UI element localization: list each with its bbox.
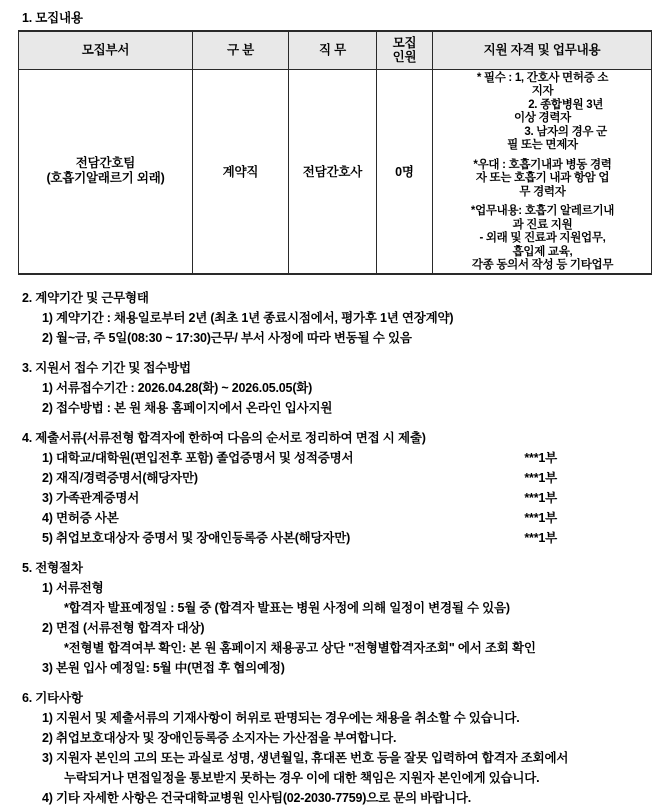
misc-line-continuation: 누락되거나 면접일정을 통보받지 못하는 경우 이에 대한 책임은 지원자 본인… xyxy=(64,768,668,788)
document-count: ***1부 xyxy=(524,468,557,488)
col-header-department: 모집부서 xyxy=(19,31,193,69)
section-process: 5. 전형절차 1) 서류전형 *합격자 발표예정일 : 5월 중 (합격자 발… xyxy=(0,558,668,678)
section-title-application: 3. 지원서 접수 기간 및 접수방법 xyxy=(22,358,668,378)
section-contract: 2. 계약기간 및 근무형태 1) 계약기간 : 채용일로부터 2년 (최초 1… xyxy=(0,288,668,348)
document-count: ***1부 xyxy=(524,448,557,468)
recruitment-table-row: 전담간호팀 (호흡기알래르기 외래) 계약직 전담간호사 0명 * 필수 : 1… xyxy=(19,69,652,274)
section-title-documents: 4. 제출서류(서류전형 합격자에 한하여 다음의 순서로 정리하여 면접 시 … xyxy=(22,428,668,448)
document-label: 2) 재직/경력증명서(해당자만) xyxy=(42,468,198,488)
document-label: 4) 면허증 사본 xyxy=(42,508,119,528)
document-item: 5) 취업보호대상자 증명서 및 장애인등록증 사본(해당자만) ***1부 xyxy=(42,528,557,548)
document-count: ***1부 xyxy=(524,508,557,528)
cell-department: 전담간호팀 (호흡기알래르기 외래) xyxy=(19,69,193,274)
section-title-process: 5. 전형절차 xyxy=(22,558,668,578)
qualification-line: 이상 경력자 xyxy=(437,112,648,126)
qualification-line: 3. 남자의 경우 군 xyxy=(437,126,648,140)
qualification-line: 무 경력자 xyxy=(437,186,648,200)
document-count: ***1부 xyxy=(524,528,557,548)
col-header-category: 구 분 xyxy=(193,31,289,69)
misc-line: 3) 지원자 본인의 고의 또는 과실로 성명, 생년월일, 휴대폰 번호 등을… xyxy=(42,748,668,768)
misc-line: 2) 취업보호대상자 및 장애인등록증 소지자는 가산점을 부여합니다. xyxy=(42,728,668,748)
section-title-contract: 2. 계약기간 및 근무형태 xyxy=(22,288,668,308)
process-line: 3) 본원 입사 예정일: 5월 中(면접 후 협의예정) xyxy=(42,658,668,678)
section-misc: 6. 기타사항 1) 지원서 및 제출서류의 기재사항이 허위로 판명되는 경우… xyxy=(0,688,668,808)
document-item: 2) 재직/경력증명서(해당자만) ***1부 xyxy=(42,468,557,488)
department-clinic: (호흡기알래르기 외래) xyxy=(19,171,192,186)
document-page: 1. 모집내용 모집부서 구 분 직 무 모집 인원 지원 자격 및 업무내용 … xyxy=(0,0,668,808)
process-line: 1) 서류전형 xyxy=(42,578,668,598)
qualification-line: 2. 종합병원 3년 xyxy=(437,99,648,113)
contract-item: 2) 월~금, 주 5일(08:30 ~ 17:30)근무/ 부서 사정에 따라… xyxy=(42,328,668,348)
section-title-misc: 6. 기타사항 xyxy=(22,688,668,708)
qualification-line: - 외래 및 진료과 지원업무, xyxy=(437,232,648,246)
document-item: 4) 면허증 사본 ***1부 xyxy=(42,508,557,528)
document-item: 3) 가족관계증명서 ***1부 xyxy=(42,488,557,508)
process-line: 2) 면접 (서류전형 합격자 대상) xyxy=(42,618,668,638)
cell-category: 계약직 xyxy=(193,69,289,274)
contract-item: 1) 계약기간 : 채용일로부터 2년 (최초 1년 종료시점에서, 평가후 1… xyxy=(42,308,668,328)
qualification-line: * 필수 : 1, 간호사 면허증 소 xyxy=(437,72,648,86)
recruitment-table: 모집부서 구 분 직 무 모집 인원 지원 자격 및 업무내용 전담간호팀 (호… xyxy=(18,30,652,275)
document-label: 5) 취업보호대상자 증명서 및 장애인등록증 사본(해당자만) xyxy=(42,528,350,548)
document-item: 1) 대학교/대학원(편입전후 포함) 졸업증명서 및 성적증명서 ***1부 xyxy=(42,448,557,468)
col-header-job: 직 무 xyxy=(289,31,377,69)
cell-job: 전담간호사 xyxy=(289,69,377,274)
process-note: *합격자 발표예정일 : 5월 중 (합격자 발표는 병원 사정에 의해 일정이… xyxy=(64,598,668,618)
misc-line: 1) 지원서 및 제출서류의 기재사항이 허위로 판명되는 경우에는 채용을 취… xyxy=(42,708,668,728)
section-documents: 4. 제출서류(서류전형 합격자에 한하여 다음의 순서로 정리하여 면접 시 … xyxy=(0,428,668,548)
cell-qualifications: * 필수 : 1, 간호사 면허증 소 지자 2. 종합병원 3년 이상 경력자… xyxy=(433,69,652,274)
section-title-recruitment: 1. 모집내용 xyxy=(22,8,668,28)
document-count: ***1부 xyxy=(524,488,557,508)
document-label: 1) 대학교/대학원(편입전후 포함) 졸업증명서 및 성적증명서 xyxy=(42,448,353,468)
misc-line: 4) 기타 자세한 사항은 건국대학교병원 인사팀(02-2030-7759)으… xyxy=(42,788,668,808)
qualification-line: *업무내용: 호흡기 알레르기내 xyxy=(437,205,648,219)
department-name: 전담간호팀 xyxy=(19,156,192,171)
cell-headcount: 0명 xyxy=(377,69,433,274)
document-label: 3) 가족관계증명서 xyxy=(42,488,139,508)
section-application: 3. 지원서 접수 기간 및 접수방법 1) 서류접수기간 : 2026.04.… xyxy=(0,358,668,418)
qualification-line: 흡입제 교육, xyxy=(437,246,648,260)
application-item: 2) 접수방법 : 본 원 채용 홈페이지에서 온라인 입사지원 xyxy=(42,398,668,418)
process-note: *전형별 합격여부 확인: 본 원 홈페이지 채용공고 상단 "전형별합격자조회… xyxy=(64,638,668,658)
recruitment-table-header-row: 모집부서 구 분 직 무 모집 인원 지원 자격 및 업무내용 xyxy=(19,31,652,69)
qualification-line: 자 또는 호흡기 내과 항암 업 xyxy=(437,172,648,186)
col-header-headcount: 모집 인원 xyxy=(377,31,433,69)
qualification-line: 지자 xyxy=(437,85,648,99)
col-header-qualifications: 지원 자격 및 업무내용 xyxy=(433,31,652,69)
qualification-line: 과 진료 지원 xyxy=(437,219,648,233)
qualification-line: 각종 동의서 작성 등 기타업무 xyxy=(437,259,648,273)
qualification-line: *우대 : 호흡기내과 병동 경력 xyxy=(437,159,648,173)
application-item: 1) 서류접수기간 : 2026.04.28(화) ~ 2026.05.05(화… xyxy=(42,378,668,398)
qualification-line: 필 또는 면제자 xyxy=(437,139,648,153)
